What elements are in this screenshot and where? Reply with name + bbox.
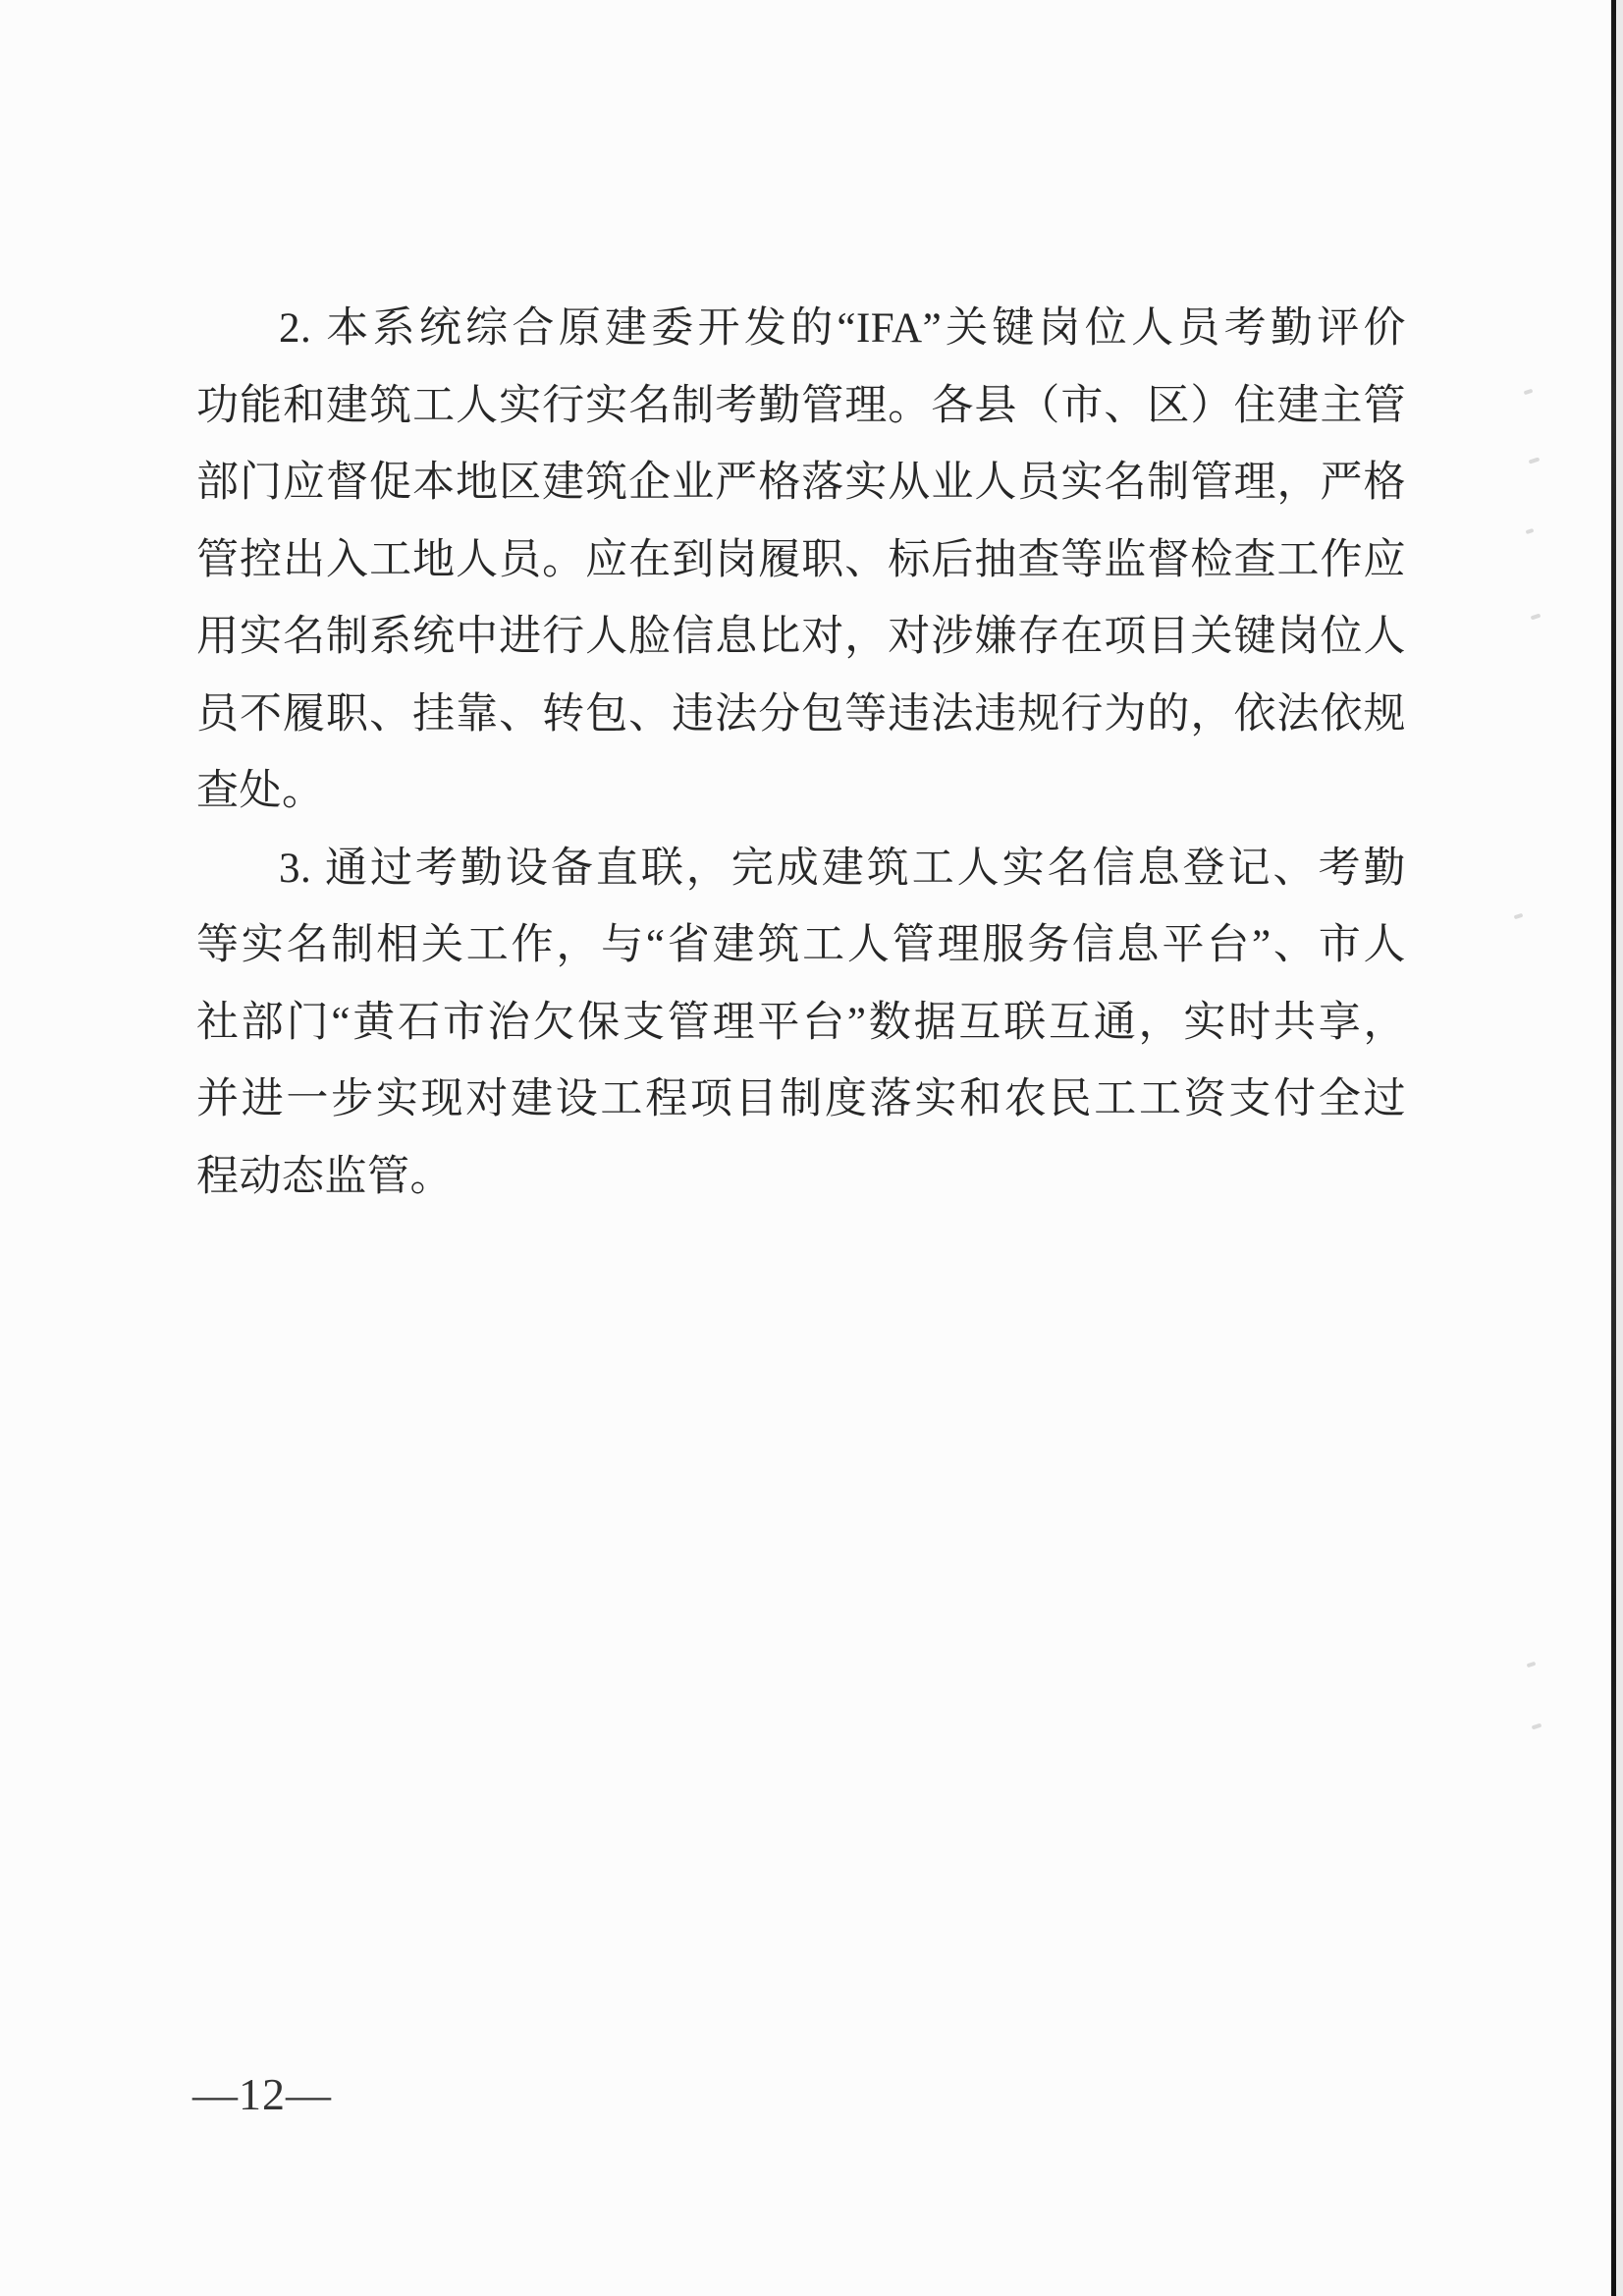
- scan-speck: [1531, 614, 1542, 621]
- paragraph-3-line-1: 3. 通过考勤设备直联，完成建筑工人实名信息登记、考勤: [196, 831, 1406, 908]
- paragraph-2-line-7: 查处。: [196, 753, 1406, 831]
- body-text: 2. 本系统综合原建委开发的“IFA”关键岗位人员考勤评价 功能和建筑工人实行实…: [196, 291, 1406, 1216]
- paragraph-3-line-3: 社部门“黄石市治欠保支管理平台”数据互联互通，实时共享，: [196, 985, 1406, 1063]
- paragraph-2-line-5: 用实名制系统中进行人脸信息比对，对涉嫌存在项目关键岗位人: [196, 599, 1406, 677]
- scan-speck: [1524, 389, 1534, 396]
- paragraph-3-line-5: 程动态监管。: [196, 1139, 1406, 1217]
- document-page: 2. 本系统综合原建委开发的“IFA”关键岗位人员考勤评价 功能和建筑工人实行实…: [0, 0, 1623, 2296]
- scan-speck: [1532, 1723, 1542, 1730]
- scan-speck: [1526, 528, 1535, 534]
- scan-speck: [1529, 457, 1541, 464]
- scan-edge-artifact-line: [1611, 0, 1616, 2296]
- scan-speck: [1514, 913, 1524, 920]
- page-number: —12—: [192, 2067, 332, 2122]
- paragraph-3-line-2: 等实名制相关工作，与“省建筑工人管理服务信息平台”、市人: [196, 907, 1406, 985]
- scan-edge-shadow: [1616, 0, 1623, 2296]
- paragraph-2-line-2: 功能和建筑工人实行实名制考勤管理。各县（市、区）住建主管: [196, 368, 1406, 446]
- paragraph-2-line-1: 2. 本系统综合原建委开发的“IFA”关键岗位人员考勤评价: [196, 291, 1406, 368]
- paragraph-3-line-4: 并进一步实现对建设工程项目制度落实和农民工工资支付全过: [196, 1062, 1406, 1139]
- paragraph-2-line-3: 部门应督促本地区建筑企业严格落实从业人员实名制管理，严格: [196, 445, 1406, 522]
- paragraph-2-line-6: 员不履职、挂靠、转包、违法分包等违法违规行为的，依法依规: [196, 677, 1406, 754]
- paragraph-2-line-4: 管控出入工地人员。应在到岗履职、标后抽查等监督检查工作应: [196, 522, 1406, 600]
- scan-speck: [1527, 1662, 1537, 1668]
